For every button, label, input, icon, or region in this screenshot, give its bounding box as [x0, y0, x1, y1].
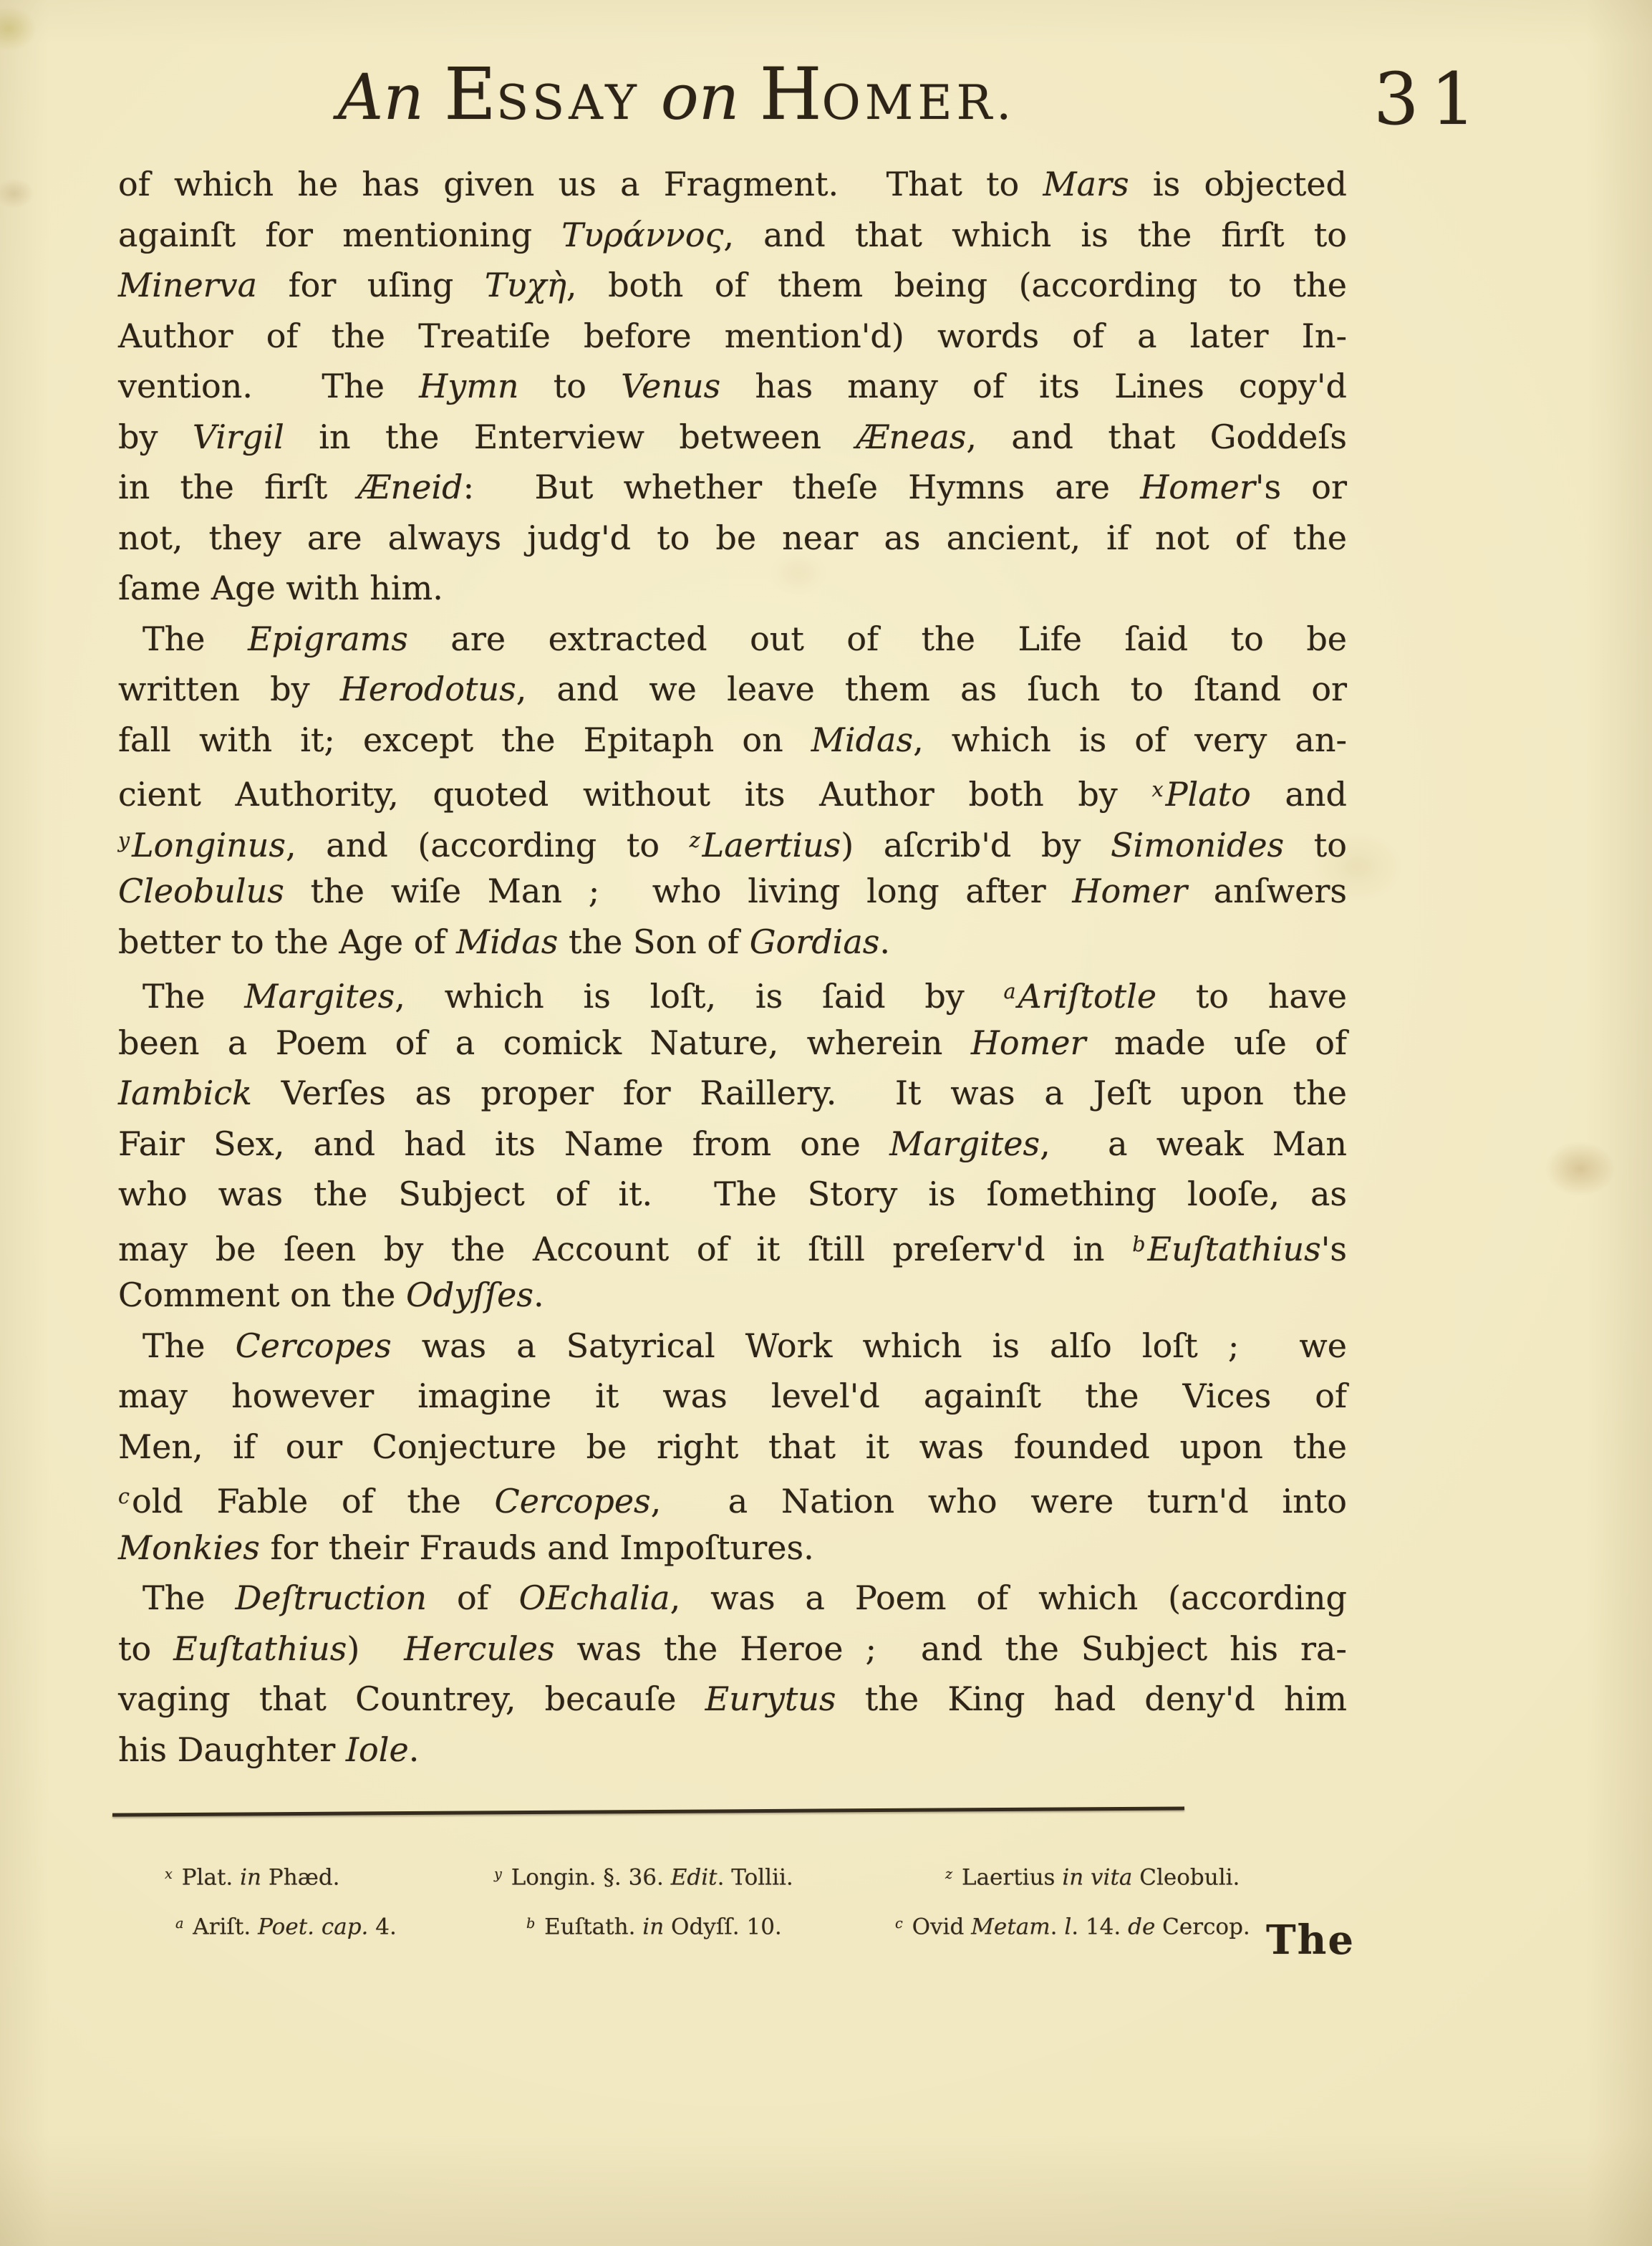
text-segment: Virgil: [193, 418, 284, 456]
text-segment: Midas: [811, 720, 913, 759]
title-part: An: [338, 60, 444, 134]
text-segment: who was the Subject of it. The Story is …: [118, 1175, 1347, 1213]
footnote-item: x Plat. in Phæd.: [165, 1851, 494, 1901]
text-segment: Mars: [1043, 165, 1129, 203]
text-segment: Venus: [621, 367, 720, 405]
text-segment: the wiſe Man ; who living long after: [284, 872, 1072, 910]
footnote-marker: y: [118, 829, 130, 852]
text-segment: not, they are always judg'd to be near a…: [118, 519, 1347, 557]
text-line: Iambick Verſes as proper for Raillery. I…: [118, 1068, 1347, 1119]
text-segment: and: [1251, 775, 1347, 814]
text-line: The Epigrams are extracted out of the Li…: [118, 614, 1347, 665]
text-segment: in vita: [1062, 1865, 1132, 1891]
text-segment: in: [642, 1914, 664, 1939]
footnote-marker: b: [526, 1915, 535, 1932]
text-segment: ): [347, 1629, 404, 1668]
text-segment: Margites: [889, 1124, 1040, 1163]
text-segment: .: [1050, 1914, 1065, 1939]
text-segment: , and that Goddeſs: [966, 418, 1347, 456]
text-segment: Homer: [1140, 468, 1255, 506]
title-part: on: [641, 60, 760, 134]
text-segment: againſt for mentioning: [118, 216, 561, 254]
text-segment: .: [409, 1730, 420, 1769]
title-part: SSAY: [496, 75, 641, 130]
paragraph: The Epigrams are extracted out of the Li…: [118, 614, 1347, 968]
text-segment: , which is of very an-: [913, 720, 1347, 759]
text-segment: written by: [118, 670, 340, 708]
text-segment: , and that which is the firſt to: [723, 216, 1347, 254]
page-header: An ESSAY on HOMER.: [118, 52, 1235, 158]
text-segment: Herodotus: [340, 670, 516, 708]
text-segment: Poet. cap.: [258, 1914, 368, 1939]
text-segment: Edit: [671, 1865, 718, 1891]
text-line: Author of the Treatiſe before mention'd)…: [118, 311, 1347, 362]
text-segment: Ariſtotle: [1018, 977, 1157, 1016]
text-segment: Euſtathius: [1148, 1229, 1321, 1268]
text-segment: ) aſcrib'd by: [841, 825, 1111, 864]
text-segment: Author of the Treatiſe before mention'd)…: [118, 317, 1347, 355]
text-segment: his Daughter: [118, 1730, 346, 1769]
text-segment: for their Frauds and Impoſtures.: [260, 1528, 814, 1567]
text-segment: vention. The: [118, 367, 419, 405]
footnote-item: y Longin. §. 36. Edit. Tollii.: [494, 1851, 945, 1901]
footnote-marker: a: [175, 1915, 183, 1932]
catchword: The: [1266, 1917, 1355, 1964]
text-segment: Midas: [456, 922, 558, 961]
text-segment: of: [427, 1579, 519, 1617]
paragraph: The Margites, which is loſt, is ſaid by …: [118, 967, 1347, 1321]
text-segment: OEchalia: [519, 1579, 670, 1617]
text-line: The Cercopes was a Satyrical Work which …: [118, 1321, 1347, 1372]
footnote-item: z Laertius in vita Cleobuli.: [945, 1851, 1347, 1901]
text-segment: , and (according to: [286, 825, 690, 864]
text-segment: was a Satyrical Work which is alſo loſt …: [392, 1326, 1347, 1365]
text-segment: to: [118, 1629, 173, 1668]
text-segment: better to the Age of: [118, 922, 456, 961]
text-line: been a Poem of a comick Nature, wherein …: [118, 1018, 1347, 1069]
footnote-marker: c: [895, 1915, 903, 1932]
text-segment: to have: [1156, 977, 1347, 1016]
footnote-marker: b: [1132, 1233, 1145, 1256]
text-segment: Laertius: [955, 1865, 1062, 1891]
text-segment: cient Authority, quoted without its Auth…: [118, 775, 1151, 814]
text-line: of which he has given us a Fragment. Tha…: [118, 159, 1347, 210]
text-segment: , was a Poem of which (according: [670, 1579, 1347, 1617]
footnotes: x Plat. in Phæd.y Longin. §. 36. Edit. T…: [118, 1851, 1347, 1949]
text-line: againſt for mentioning Τυράννος, and tha…: [118, 210, 1347, 261]
text-segment: ſame Age with him.: [118, 569, 443, 607]
text-segment: may however imagine it was level'd again…: [118, 1377, 1347, 1415]
text-segment: are extracted out of the Life ſaid to be: [408, 620, 1347, 658]
text-segment: in the Enterview between: [284, 418, 856, 456]
text-segment: Simonides: [1111, 825, 1284, 864]
text-segment: Odyſſ. 10.: [664, 1914, 782, 1939]
text-segment: Euſtathius: [173, 1629, 347, 1668]
footnote-row: a Ariſt. Poet. cap. 4.b Euſtath. in Odyſ…: [118, 1901, 1347, 1950]
text-segment: for uſing: [257, 266, 485, 304]
text-segment: Hercules: [404, 1629, 554, 1668]
text-segment: was the Heroe ; and the Subject his ra-: [555, 1629, 1347, 1668]
text-segment: The: [143, 620, 248, 658]
text-segment: Longinus: [132, 825, 286, 864]
text-segment: Plato: [1166, 775, 1251, 814]
text-segment: old Fable of the: [132, 1482, 495, 1520]
body-text: of which he has given us a Fragment. Tha…: [118, 159, 1347, 1775]
page-number: 31: [1373, 60, 1487, 139]
text-segment: l: [1064, 1914, 1071, 1939]
text-line: cold Fable of the Cercopes, a Nation who…: [118, 1472, 1347, 1523]
text-segment: Longin. §. 36.: [504, 1865, 671, 1891]
text-line: vaging that Countrey, becauſe Eurytus th…: [118, 1674, 1347, 1725]
footnote-marker: y: [494, 1866, 502, 1882]
divider-rule: [112, 1806, 1184, 1816]
text-segment: the Son of: [558, 922, 749, 961]
text-line: Comment on the Odyſſes.: [118, 1270, 1347, 1321]
text-segment: Cercopes: [236, 1326, 392, 1365]
text-segment: Ariſt.: [185, 1914, 258, 1939]
text-segment: Ovid: [905, 1914, 971, 1939]
footnote-item: b Euſtath. in Odyſſ. 10.: [526, 1901, 895, 1950]
text-segment: is objected: [1129, 165, 1347, 203]
text-line: by Virgil in the Enterview between Æneas…: [118, 412, 1347, 463]
text-segment: has many of its Lines copy'd: [720, 367, 1347, 405]
text-segment: Odyſſes: [406, 1276, 533, 1314]
text-line: Men, if our Conjecture be right that it …: [118, 1422, 1347, 1473]
text-segment: anſwers: [1187, 872, 1347, 910]
text-segment: 's or: [1255, 468, 1347, 506]
text-line: who was the Subject of it. The Story is …: [118, 1169, 1347, 1220]
text-segment: , both of them being (according to the: [566, 266, 1347, 304]
text-segment: vaging that Countrey, becauſe: [118, 1679, 705, 1718]
text-segment: Cleobuli.: [1132, 1865, 1240, 1891]
text-line: not, they are always judg'd to be near a…: [118, 513, 1347, 564]
text-line: Cleobulus the wiſe Man ; who living long…: [118, 866, 1347, 917]
text-line: fall with it; except the Epitaph on Mida…: [118, 715, 1347, 766]
text-segment: Phæd.: [261, 1865, 340, 1891]
text-segment: , a weak Man: [1040, 1124, 1347, 1163]
text-line: ſame Age with him.: [118, 563, 1347, 614]
text-segment: the King had deny'd him: [836, 1679, 1347, 1718]
text-segment: Metam: [971, 1914, 1050, 1939]
text-line: to Euſtathius) Hercules was the Heroe ; …: [118, 1624, 1347, 1674]
text-segment: Epigrams: [248, 620, 408, 658]
text-segment: The: [143, 977, 244, 1016]
text-segment: Hymn: [419, 367, 518, 405]
text-segment: Æneid: [358, 468, 463, 506]
text-segment: Margites: [244, 977, 395, 1016]
text-line: yLonginus, and (according to zLaertius) …: [118, 816, 1347, 867]
title-part: E: [444, 52, 496, 136]
text-segment: Minerva: [118, 266, 257, 304]
text-segment: : But whether theſe Hymns are: [463, 468, 1141, 506]
title-part: H: [759, 52, 821, 136]
text-segment: Cleobulus: [118, 872, 284, 910]
text-segment: .: [879, 922, 890, 961]
text-segment: Comment on the: [118, 1276, 406, 1314]
text-line: may be ſeen by the Account of it ſtill p…: [118, 1220, 1347, 1271]
text-segment: , which is loſt, is ſaid by: [395, 977, 1003, 1016]
text-segment: , a Nation who were turn'd into: [651, 1482, 1347, 1520]
footnote-marker: x: [165, 1866, 173, 1882]
text-line: vention. The Hymn to Venus has many of i…: [118, 361, 1347, 412]
text-segment: . 14.: [1071, 1914, 1128, 1939]
text-segment: been a Poem of a comick Nature, wherein: [118, 1023, 971, 1062]
text-line: better to the Age of Midas the Son of Go…: [118, 917, 1347, 968]
title-part: OMER.: [822, 75, 1016, 130]
text-segment: Deſtruction: [235, 1579, 427, 1617]
text-segment: may be ſeen by the Account of it ſtill p…: [118, 1229, 1132, 1268]
text-segment: by: [118, 418, 193, 456]
text-segment: Gordias: [750, 922, 880, 961]
text-segment: 's: [1321, 1229, 1347, 1268]
footnote-marker: x: [1151, 778, 1163, 801]
text-segment: to: [1284, 825, 1347, 864]
text-segment: Men, if our Conjecture be right that it …: [118, 1427, 1347, 1466]
footnote-marker: c: [118, 1485, 130, 1508]
text-segment: in the firſt: [118, 468, 358, 506]
text-line: his Daughter Iole.: [118, 1725, 1347, 1775]
text-segment: in: [240, 1865, 261, 1891]
text-segment: Τυράννος: [561, 216, 723, 254]
text-segment: Iole: [346, 1730, 409, 1769]
text-line: written by Herodotus, and we leave them …: [118, 664, 1347, 715]
text-segment: Æneas: [856, 418, 966, 456]
text-segment: Cercop.: [1155, 1914, 1250, 1939]
text-segment: Homer: [1072, 872, 1187, 910]
footnote-item: a Ariſt. Poet. cap. 4.: [175, 1901, 526, 1950]
text-segment: , and we leave them as ſuch to ſtand or: [516, 670, 1347, 708]
page-title: An ESSAY on HOMER.: [338, 108, 1015, 122]
text-segment: The: [143, 1326, 236, 1365]
text-segment: Homer: [971, 1023, 1086, 1062]
paragraph: of which he has given us a Fragment. Tha…: [118, 159, 1347, 614]
text-line: The Deſtruction of OEchalia, was a Poem …: [118, 1573, 1347, 1624]
text-line: The Margites, which is loſt, is ſaid by …: [118, 967, 1347, 1018]
text-segment: Iambick: [118, 1074, 252, 1112]
text-segment: fall with it; except the Epitaph on: [118, 720, 811, 759]
text-segment: 4.: [368, 1914, 396, 1939]
document-page: An ESSAY on HOMER. 31 of which he has gi…: [0, 0, 1652, 2246]
paragraph: The Deſtruction of OEchalia, was a Poem …: [118, 1573, 1347, 1775]
paragraph: The Cercopes was a Satyrical Work which …: [118, 1321, 1347, 1573]
text-line: Monkies for their Frauds and Impoſtures.: [118, 1523, 1347, 1573]
text-segment: Eurytus: [705, 1679, 836, 1718]
text-segment: made uſe of: [1086, 1023, 1347, 1062]
footnote-marker: a: [1004, 980, 1016, 1003]
text-segment: of which he has given us a Fragment. Tha…: [118, 165, 1043, 203]
text-line: in the firſt Æneid: But whether theſe Hy…: [118, 462, 1347, 513]
footnote-marker: z: [690, 829, 700, 852]
text-segment: . Tollii.: [718, 1865, 793, 1891]
text-segment: Fair Sex, and had its Name from one: [118, 1124, 889, 1163]
text-line: cient Authority, quoted without its Auth…: [118, 765, 1347, 816]
text-line: Minerva for uſing Τυχὴ, both of them bei…: [118, 260, 1347, 311]
text-segment: Verſes as proper for Raillery. It was a …: [252, 1074, 1347, 1112]
text-segment: Euſtath.: [537, 1914, 642, 1939]
text-segment: Plat.: [175, 1865, 240, 1891]
text-line: may however imagine it was level'd again…: [118, 1371, 1347, 1422]
text-segment: to: [519, 367, 622, 405]
text-segment: The: [143, 1579, 235, 1617]
footnote-marker: z: [945, 1866, 952, 1882]
text-line: Fair Sex, and had its Name from one Marg…: [118, 1119, 1347, 1170]
footnote-row: x Plat. in Phæd.y Longin. §. 36. Edit. T…: [118, 1851, 1347, 1901]
text-segment: Τυχὴ: [485, 266, 566, 304]
text-segment: de: [1128, 1914, 1155, 1939]
text-segment: Cercopes: [495, 1482, 651, 1520]
text-segment: Laertius: [702, 825, 841, 864]
text-segment: Monkies: [118, 1528, 260, 1567]
text-segment: .: [533, 1276, 544, 1314]
